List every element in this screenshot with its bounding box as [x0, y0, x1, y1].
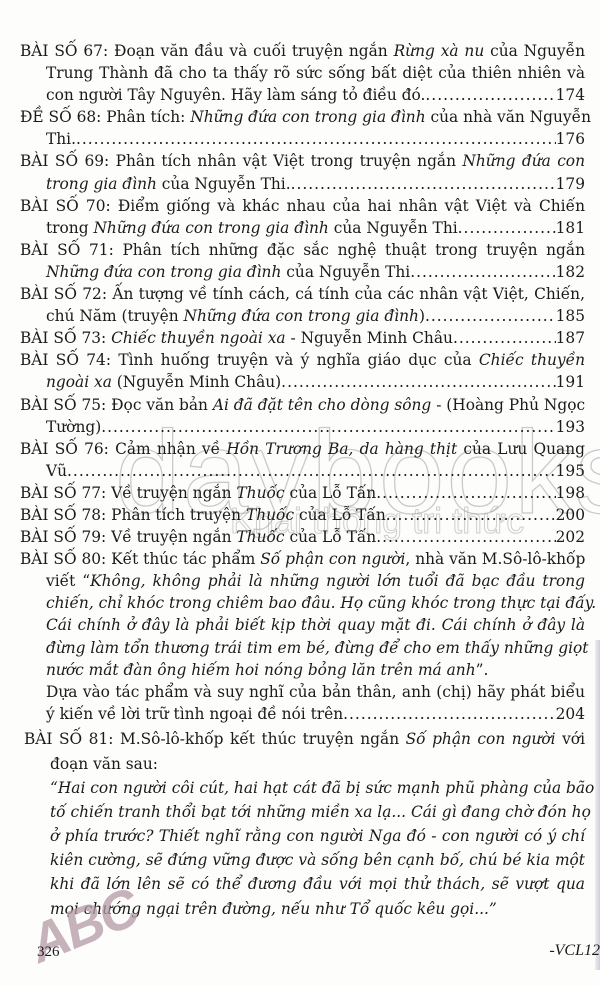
page-ref: 185 [556, 305, 585, 327]
footer-code: -VCL12 [549, 942, 600, 960]
text-line: BÀI SỐ 71: Phân tích những đặc sắc nghệ … [20, 239, 585, 261]
text-line: BÀI SỐ 69: Phân tích nhân vật Việt trong… [20, 150, 585, 172]
dot-leader [386, 504, 556, 526]
toc-entry: BÀI SỐ 73: Chiếc thuyền ngoài xa - Nguyễ… [20, 327, 585, 349]
leader-line: Vũ195 [20, 460, 585, 482]
page-edge-shadow [595, 640, 600, 970]
page-ref: 176 [556, 128, 585, 150]
text-line: ở phía trước? Thiết nghĩ rằng con người … [20, 825, 585, 847]
leader-line: chú Năm (truyện Những đứa con trong gia … [20, 305, 585, 327]
page-ref: 198 [556, 482, 585, 504]
text-line: Trung Thành đã cho ta thấy rõ sức sống b… [20, 62, 585, 84]
leader-line: BÀI SỐ 78: Phân tích truyện Thuốc của Lỗ… [20, 504, 585, 526]
page-ref: 181 [556, 217, 585, 239]
dot-leader [291, 173, 556, 195]
leader-line: con người Tây Nguyên. Hãy làm sáng tỏ đi… [20, 84, 585, 106]
dot-leader [343, 703, 555, 725]
text-line: Dựa vào tác phẩm và suy nghĩ của bản thâ… [20, 681, 585, 703]
toc-entry: BÀI SỐ 70: Điểm giống và khác nhau của h… [20, 195, 585, 239]
page-ref: 182 [556, 261, 585, 283]
toc-entry: BÀI SỐ 79: Về truyện ngắn Thuốc của Lỗ T… [20, 526, 585, 548]
text-line: BÀI SỐ 70: Điểm giống và khác nhau của h… [20, 195, 585, 217]
page-ref: 179 [556, 173, 585, 195]
page-ref: 202 [556, 526, 585, 548]
text-line: ĐỀ SỐ 68: Phân tích: Những đứa con trong… [20, 106, 585, 128]
dot-leader [410, 261, 555, 283]
dot-leader [453, 327, 556, 349]
text-line: chiến, chỉ khóc trong chiêm bao đâu. Họ … [20, 592, 585, 614]
dot-leader [76, 128, 556, 150]
toc-entry: BÀI SỐ 78: Phân tích truyện Thuốc của Lỗ… [20, 504, 585, 526]
dot-leader [458, 217, 556, 239]
page-ref: 191 [556, 371, 585, 393]
toc-entry: BÀI SỐ 72: Ấn tượng về tính cách, cá tín… [20, 283, 585, 327]
toc-entry: BÀI SỐ 67: Đoạn văn đầu và cuối truyện n… [20, 40, 585, 106]
text-line: kiên cường, sẽ đứng vững được và sống bê… [20, 849, 585, 871]
page-number: 326 [37, 944, 60, 961]
leader-line: trong Những đứa con trong gia đình của N… [20, 217, 585, 239]
toc-entry: BÀI SỐ 71: Phân tích những đặc sắc nghệ … [20, 239, 585, 283]
book-page: daybooks Khai thông tri thức BÀI SỐ 67: … [0, 0, 600, 986]
text-line: BÀI SỐ 76: Cảm nhận về Hồn Trương Ba, da… [20, 438, 585, 460]
page-ref: 204 [556, 703, 585, 725]
page-ref: 174 [556, 84, 585, 106]
text-line: nước mắt đàn ông hiếm hoi nóng bỏng lăn … [20, 659, 585, 681]
text-line: viết “Không, không phải là những người l… [20, 570, 585, 592]
dot-leader [67, 460, 556, 482]
text-line: BÀI SỐ 80: Kết thúc tác phẩm Số phận con… [20, 548, 585, 570]
toc-entry-80: BÀI SỐ 80: Kết thúc tác phẩm Số phận con… [20, 548, 585, 725]
toc-entry: BÀI SỐ 77: Về truyện ngắn Thuốc của Lỗ T… [20, 482, 585, 504]
toc-entry: ĐỀ SỐ 68: Phân tích: Những đứa con trong… [20, 106, 585, 150]
leader-line: ngoài xa (Nguyễn Minh Châu)191 [20, 371, 585, 393]
page-ref: 187 [556, 327, 585, 349]
dot-leader [376, 526, 555, 548]
text-line: đoạn văn sau: [20, 753, 585, 775]
dot-leader [425, 84, 555, 106]
dot-leader [425, 305, 556, 327]
text-line: tố chiến tranh thổi bạt tới những miền x… [20, 801, 585, 823]
leader-line: BÀI SỐ 79: Về truyện ngắn Thuốc của Lỗ T… [20, 526, 585, 548]
text-line: đừng làm tổn thương trái tim em bé, đừng… [20, 637, 585, 659]
toc-entry: BÀI SỐ 74: Tình huống truyện và ý nghĩa … [20, 349, 585, 393]
leader-line: Những đứa con trong gia đình của Nguyễn … [20, 261, 585, 283]
leader-line: Thi.176 [20, 128, 585, 150]
page-ref: 193 [556, 416, 585, 438]
leader-line: BÀI SỐ 73: Chiếc thuyền ngoài xa - Nguyễ… [20, 327, 585, 349]
text-line: BÀI SỐ 67: Đoạn văn đầu và cuối truyện n… [20, 40, 585, 62]
page-ref: 195 [556, 460, 585, 482]
dot-leader [281, 371, 555, 393]
text-line: Cái chính ở đây là phải biết kịp thời qu… [20, 614, 585, 636]
page-ref: 200 [556, 504, 585, 526]
toc-entry: BÀI SỐ 69: Phân tích nhân vật Việt trong… [20, 150, 585, 194]
leader-line: BÀI SỐ 77: Về truyện ngắn Thuốc của Lỗ T… [20, 482, 585, 504]
dot-leader [376, 482, 555, 504]
leader-line: trong gia đình của Nguyễn Thi.179 [20, 173, 585, 195]
text-line: BÀI SỐ 75: Đọc văn bản Ai đã đặt tên cho… [20, 394, 585, 416]
leader-line: ý kiến về lời trữ tình ngoại đề nói trên… [20, 703, 585, 725]
toc-entry: BÀI SỐ 76: Cảm nhận về Hồn Trương Ba, da… [20, 438, 585, 482]
leader-line: Tường)193 [20, 416, 585, 438]
text-line: BÀI SỐ 74: Tình huống truyện và ý nghĩa … [20, 349, 585, 371]
text-line: BÀI SỐ 72: Ấn tượng về tính cách, cá tín… [20, 283, 585, 305]
dot-leader [101, 416, 555, 438]
table-of-contents: BÀI SỐ 67: Đoạn văn đầu và cuối truyện n… [20, 40, 585, 920]
toc-entry: BÀI SỐ 75: Đọc văn bản Ai đã đặt tên cho… [20, 394, 585, 438]
text-line: BÀI SỐ 81: M.Sô-lô-khốp kết thúc truyện … [20, 728, 585, 750]
text-line: “Hai con người côi cút, hai hạt cát đã b… [20, 777, 585, 799]
